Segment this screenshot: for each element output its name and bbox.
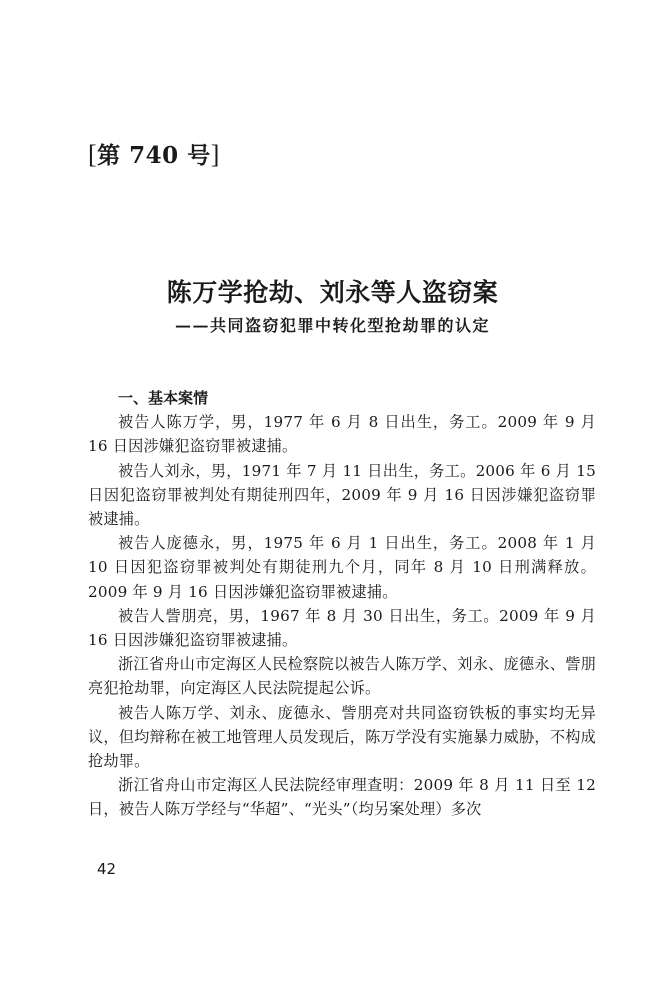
paragraph-defense: 被告人陈万学、刘永、庞德永、訾朋亮对共同盗窃铁板的事实均无异议，但均辩称在被工地…	[88, 701, 596, 774]
paragraph-defendant-liu: 被告人刘永，男，1971 年 7 月 11 日出生，务工。2006 年 6 月 …	[88, 459, 596, 532]
case-number: [第 740 号]	[88, 137, 220, 170]
document-body: 一、基本案情 被告人陈万学，男，1977 年 6 月 8 日出生，务工。2009…	[88, 386, 596, 822]
paragraph-defendant-pang: 被告人庞德永，男，1975 年 6 月 1 日出生，务工。2008 年 1 月 …	[88, 531, 596, 604]
paragraph-defendant-chen: 被告人陈万学，男，1977 年 6 月 8 日出生，务工。2009 年 9 月 …	[88, 410, 596, 458]
page-number: 42	[97, 860, 116, 878]
paragraph-prosecution: 浙江省舟山市定海区人民检察院以被告人陈万学、刘永、庞德永、訾朋亮犯抢劫罪，向定海…	[88, 652, 596, 700]
document-subtitle: ——共同盗窃犯罪中转化型抢劫罪的认定	[0, 313, 665, 336]
paragraph-court-findings: 浙江省舟山市定海区人民法院经审理查明：2009 年 8 月 11 日至 12 日…	[88, 773, 596, 821]
document-title: 陈万学抢劫、刘永等人盗窃案	[0, 273, 665, 309]
case-number-open-bracket: [	[88, 140, 97, 169]
case-number-label: 第 740 号	[97, 142, 211, 169]
case-number-close-bracket: ]	[211, 140, 220, 169]
section-heading: 一、基本案情	[88, 386, 596, 410]
paragraph-defendant-zi: 被告人訾朋亮，男，1967 年 8 月 30 日出生，务工。2009 年 9 月…	[88, 604, 596, 652]
